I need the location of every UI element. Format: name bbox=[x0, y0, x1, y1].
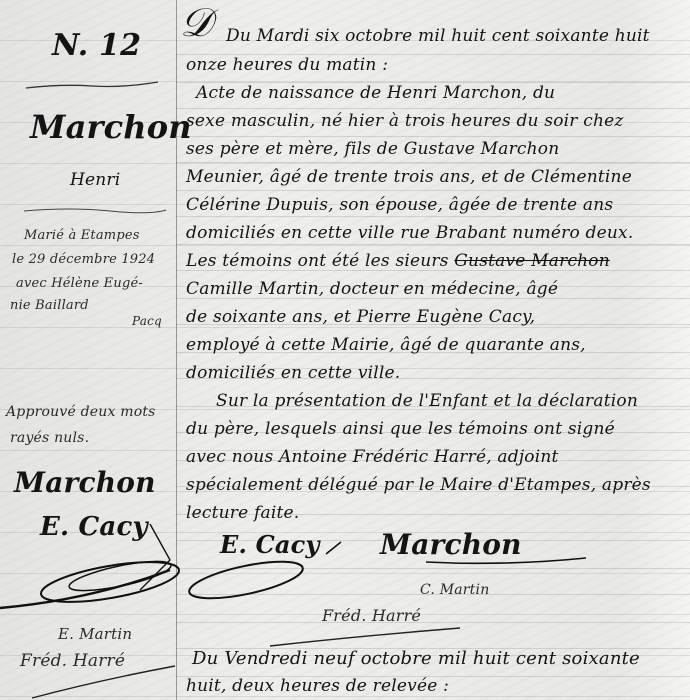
body-line: onze heures du matin : bbox=[186, 55, 388, 75]
register-page: N. 12 Marchon Henri Marié à Etampes le 2… bbox=[0, 0, 690, 700]
ruled-line bbox=[176, 190, 690, 191]
body-line: Les témoins ont été les sieurs Gustave M… bbox=[186, 251, 610, 271]
ruled-line bbox=[176, 108, 690, 109]
body-line: ses père et mère, fils de Gustave Marcho… bbox=[186, 139, 559, 159]
approval-note-line: Approuvé deux mots bbox=[6, 404, 156, 420]
body-line: de soixante ans, et Pierre Eugène Cacy, bbox=[186, 307, 535, 327]
signature-witness1: C. Martin bbox=[420, 582, 489, 598]
body-line-text: Les témoins ont été les sieurs bbox=[186, 251, 449, 271]
body-line: du père, lesquels ainsi que les témoins … bbox=[186, 419, 615, 439]
marriage-note-line: avec Hélène Eugé- bbox=[16, 276, 143, 291]
body-line: Sur la présentation de l'Enfant et la dé… bbox=[216, 391, 638, 411]
signature-paraph bbox=[176, 540, 596, 600]
initial-capital-d: 𝒟 bbox=[180, 0, 212, 46]
signature-paraph bbox=[260, 618, 490, 648]
marriage-note-line: nie Baillard bbox=[10, 298, 89, 313]
body-line: lecture faite. bbox=[186, 503, 299, 523]
body-line: sexe masculin, né hier à trois heures du… bbox=[186, 111, 624, 131]
marriage-note-line: Marié à Etampes bbox=[24, 228, 140, 243]
body-line: Camille Martin, docteur en médecine, âgé bbox=[186, 279, 558, 299]
ruled-line bbox=[176, 162, 690, 163]
body-line: Meunier, âgé de trente trois ans, et de … bbox=[186, 167, 632, 187]
divider-flourish bbox=[22, 78, 162, 98]
signature-paraph bbox=[0, 520, 180, 610]
next-entry-line: Du Vendredi neuf octobre mil huit cent s… bbox=[192, 648, 640, 669]
body-line: domiciliés en cette ville. bbox=[186, 363, 400, 383]
marriage-note-line: le 29 décembre 1924 bbox=[12, 252, 155, 267]
signature-father-margin: Marchon bbox=[14, 466, 156, 499]
body-line: Célérine Dupuis, son épouse, âgée de tre… bbox=[186, 195, 613, 215]
body-line: Du Mardi six octobre mil huit cent soixa… bbox=[226, 26, 650, 46]
margin-surname: Marchon bbox=[30, 108, 192, 146]
signature-paraph bbox=[30, 660, 180, 700]
body-line: avec nous Antoine Frédéric Harré, adjoin… bbox=[186, 447, 559, 467]
entry-number: N. 12 bbox=[52, 28, 141, 63]
ruled-line bbox=[176, 136, 690, 137]
struck-text: Gustave Marchon bbox=[454, 251, 610, 271]
marriage-note-initials: Pacq bbox=[132, 314, 162, 328]
body-line: Acte de naissance de Henri Marchon, du bbox=[196, 83, 555, 103]
ruled-line bbox=[176, 244, 690, 245]
divider-flourish bbox=[20, 205, 170, 217]
body-line: domiciliés en cette ville rue Brabant nu… bbox=[186, 223, 633, 243]
ruled-line bbox=[176, 216, 690, 217]
margin-given-name: Henri bbox=[70, 170, 120, 190]
approval-note-line: rayés nuls. bbox=[10, 430, 89, 446]
signature-witness1-margin: E. Martin bbox=[58, 625, 132, 643]
body-line: employé à cette Mairie, âgé de quarante … bbox=[186, 335, 586, 355]
next-entry-line: huit, deux heures de relevée : bbox=[186, 676, 449, 696]
body-line: spécialement délégué par le Maire d'Etam… bbox=[186, 475, 651, 495]
